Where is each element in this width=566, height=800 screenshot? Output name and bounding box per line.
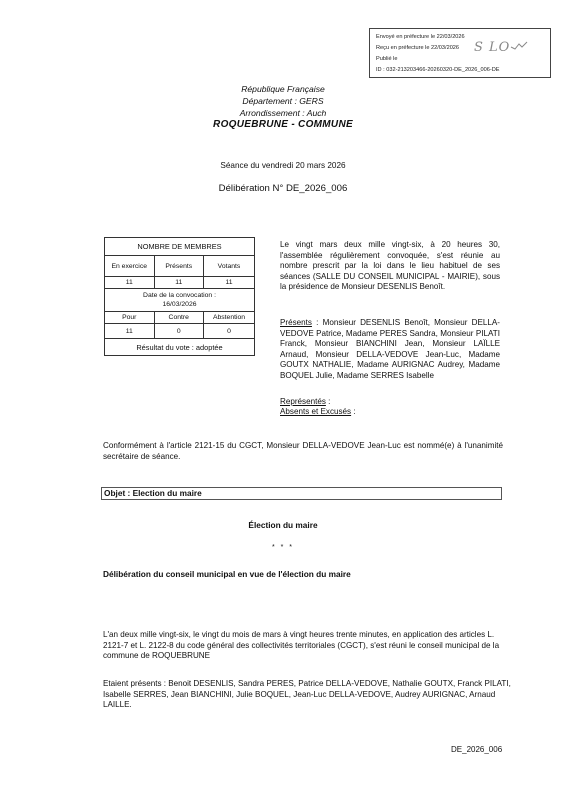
stamp-published: Publié le	[376, 54, 544, 65]
vote-result: Résultat du vote : adoptée	[105, 339, 255, 356]
col-en-exercice: En exercice	[105, 256, 155, 277]
col-votants: Votants	[204, 256, 255, 277]
header-department: Département : GERS	[0, 96, 566, 106]
val-contre: 0	[154, 324, 204, 339]
val-en-exercice: 11	[105, 277, 155, 289]
header-arrondissement: Arrondissement : Auch	[0, 108, 566, 118]
presents-paragraph: Présents : Monsieur DESENLIS Benoît, Mon…	[280, 318, 500, 381]
absent-value: :	[351, 407, 356, 416]
separator: * * *	[0, 544, 566, 551]
signature-flourish-icon	[510, 41, 528, 51]
intro-paragraph: Le vingt mars deux mille vingt-six, à 20…	[280, 240, 500, 293]
col-pour: Pour	[105, 312, 155, 324]
signature-text: S LO	[474, 40, 510, 55]
header-commune: ROQUEBRUNE - COMMUNE	[0, 119, 566, 130]
handwritten-signature: S LO	[474, 40, 528, 55]
secretary-paragraph: Conformément à l'article 2121-15 du CGCT…	[103, 441, 503, 462]
represented-label: Représentés	[280, 397, 326, 406]
col-contre: Contre	[154, 312, 204, 324]
paragraph-presents: Etaient présents : Benoit DESENLIS, Sand…	[103, 679, 513, 711]
presents-label: Présents	[280, 318, 312, 327]
val-abstention: 0	[204, 324, 255, 339]
val-presents: 11	[154, 277, 204, 289]
convocation-date: 16/03/2026	[107, 300, 252, 309]
object-box: Objet : Election du maire	[101, 487, 502, 500]
absent-line: Absents et Excusés :	[280, 407, 500, 418]
section-title: Élection du maire	[0, 520, 566, 530]
col-abstention: Abstention	[204, 312, 255, 324]
members-table: NOMBRE DE MEMBRES En exercice Présents V…	[104, 237, 255, 356]
val-votants: 11	[204, 277, 255, 289]
presents-list: : Monsieur DESENLIS Benoît, Monsieur DEL…	[280, 318, 500, 380]
header-republic: République Française	[0, 84, 566, 94]
represented-line: Représentés :	[280, 397, 500, 408]
represented-value: :	[326, 397, 331, 406]
paragraph-convocation: L'an deux mille vingt-six, le vingt du m…	[103, 630, 513, 662]
deliberation-number: Délibération N° DE_2026_006	[0, 183, 566, 194]
val-pour: 11	[105, 324, 155, 339]
absent-label: Absents et Excusés	[280, 407, 351, 416]
convocation-cell: Date de la convocation : 16/03/2026	[105, 289, 255, 312]
col-presents: Présents	[154, 256, 204, 277]
session-date: Séance du vendredi 20 mars 2026	[0, 161, 566, 170]
convocation-label: Date de la convocation :	[107, 291, 252, 300]
deliberation-subtitle: Délibération du conseil municipal en vue…	[103, 569, 351, 579]
footer-reference: DE_2026_006	[451, 745, 502, 754]
stamp-id: ID : 032-213203466-20260320-DE_2026_006-…	[376, 65, 544, 76]
members-table-title: NOMBRE DE MEMBRES	[105, 238, 255, 256]
